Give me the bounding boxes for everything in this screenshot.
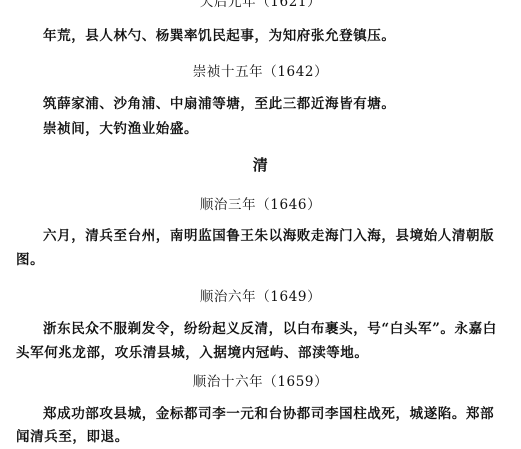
paragraph-line: 崇祯间，大钓渔业始盛。 (43, 121, 198, 137)
year-heading-1646: 顺治三年（1646） (0, 197, 521, 213)
year-heading-1642: 崇祯十五年（1642） (0, 64, 521, 80)
dynasty-heading: 清 (0, 157, 521, 173)
paragraph-line: 图。 (16, 252, 44, 268)
paragraph-line: 头军何兆龙部，攻乐清县城，入据境内冠屿、部渎等地。 (16, 345, 369, 361)
paragraph-line: 筑薛家浦、沙角浦、中扇浦等塘，至此三都近海皆有塘。 (43, 96, 396, 112)
paragraph-line: 浙东民众不服剃发令，纷纷起义反清，以白布裹头，号“白头军”。永嘉白 (43, 321, 497, 337)
year-heading-1649: 顺治六年（1649） (0, 289, 521, 305)
year-heading-1621: 天启元年（1621） (0, 0, 521, 10)
paragraph-line: 闻清兵至，即退。 (16, 429, 129, 445)
paragraph-line: 年荒，县人林勺、杨巽率饥民起事，为知府张允登镇压。 (43, 28, 396, 44)
paragraph-line: 六月，清兵至台州，南明监国鲁王朱以海败走海门入海，县境始人清朝版 (43, 228, 494, 244)
year-heading-1659: 顺治十六年（1659） (0, 374, 521, 390)
paragraph-line: 郑成功部攻县城，金标都司李一元和台协都司李国柱战死，城遂陷。郑部 (43, 406, 494, 422)
